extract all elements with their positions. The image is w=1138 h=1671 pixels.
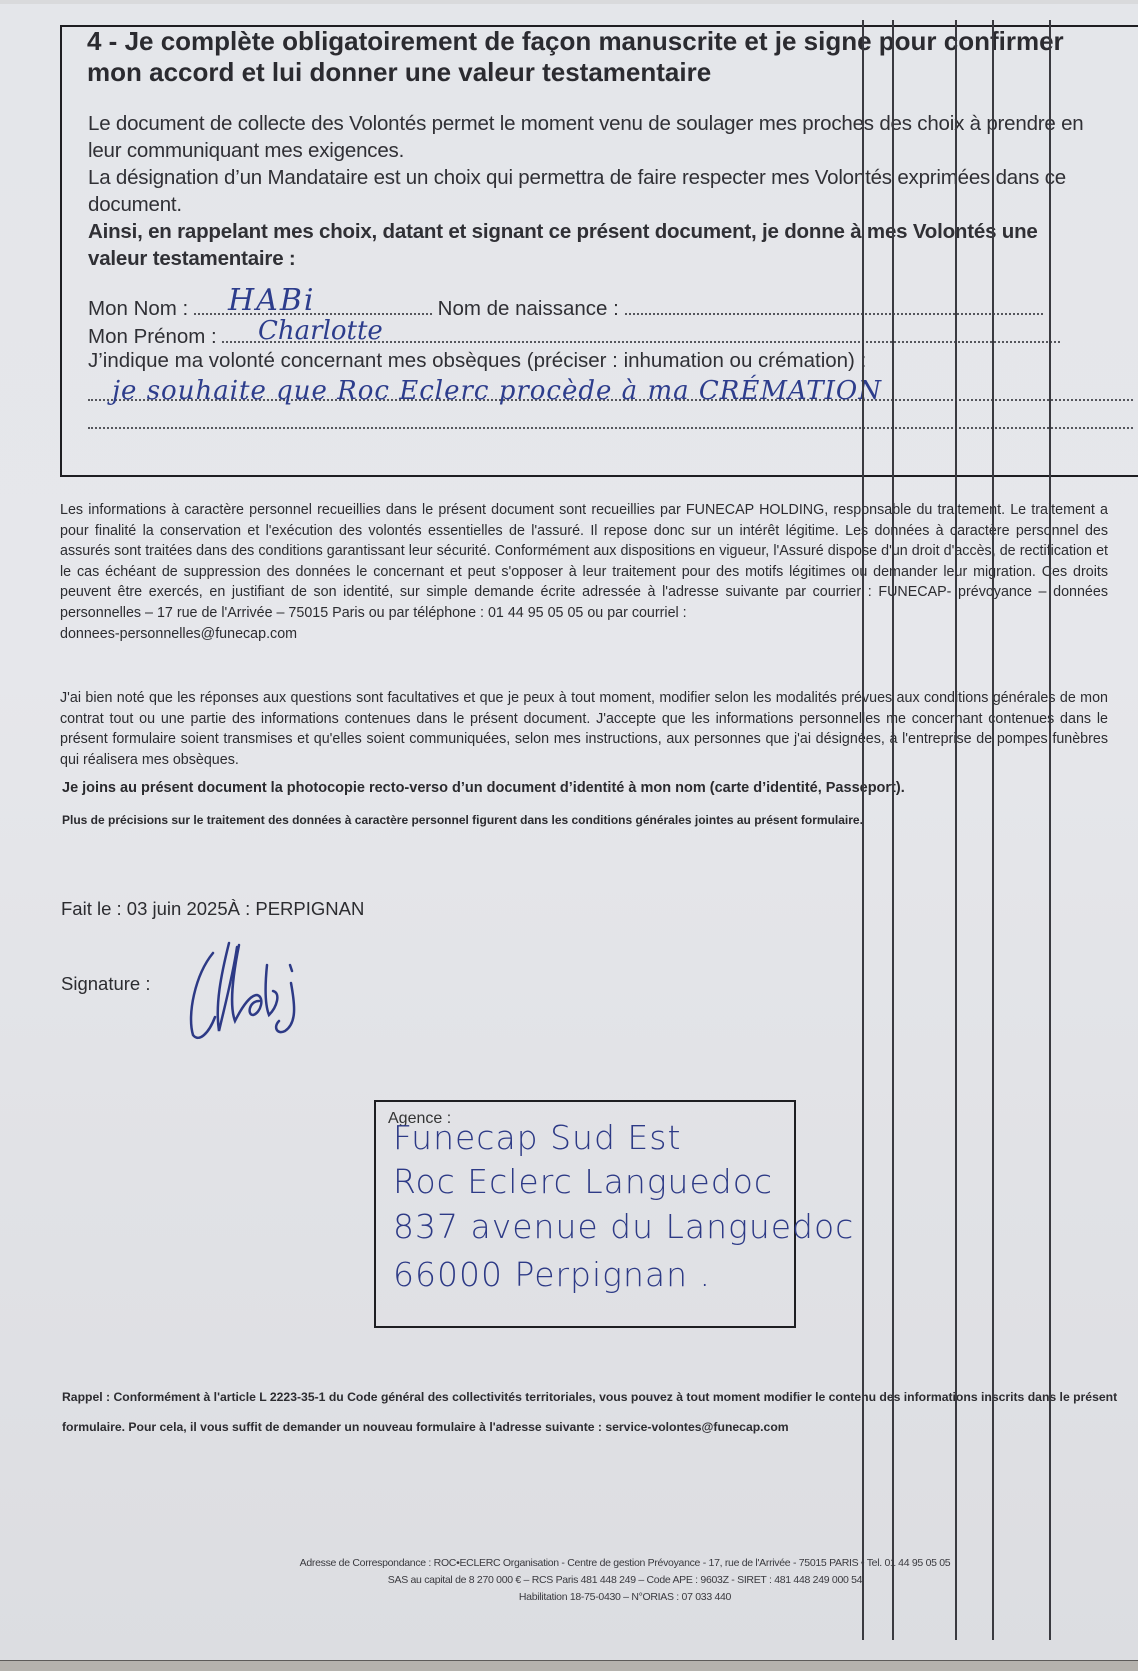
nom-label: Mon Nom : xyxy=(88,297,188,320)
agence-line-3: 837 avenue du Languedoc xyxy=(393,1207,854,1246)
prenom-label: Mon Prénom : xyxy=(88,325,217,348)
scan-artifact-line xyxy=(955,20,957,1640)
date-place: Fait le : 03 juin 2025À : PERPIGNAN xyxy=(61,898,364,920)
volonte-label: J’indique ma volonté concernant mes obsè… xyxy=(88,349,866,372)
section-4-title: 4 - Je complète obligatoirement de façon… xyxy=(87,26,1067,88)
intro-paragraph-1: Le document de collecte des Volontés per… xyxy=(88,110,1098,164)
id-notice: Je joins au présent document la photocop… xyxy=(62,780,905,796)
privacy-email-link[interactable]: donnees-personnelles@funecap.com xyxy=(60,624,1108,645)
consent-notice: J'ai bien noté que les réponses aux ques… xyxy=(60,688,1108,770)
intro-paragraph-2: La désignation d’un Mandataire est un ch… xyxy=(88,164,1098,218)
scan-artifact-line xyxy=(892,20,894,1640)
table-surface xyxy=(0,1660,1138,1671)
prenom-handwritten: Charlotte xyxy=(258,316,383,346)
volonte-field-line-2[interactable] xyxy=(88,427,1133,429)
agence-line-2: Roc Eclerc Languedoc xyxy=(393,1162,773,1201)
footer-address: Adresse de Correspondance : ROC•ECLERC O… xyxy=(230,1555,1020,1606)
rappel-line-2: formulaire. Pour cela, il vous suffit de… xyxy=(62,1420,789,1434)
handwritten-signature-icon xyxy=(185,935,325,1045)
agence-line-1: Funecap Sud Est xyxy=(393,1118,681,1157)
nom-handwritten: HABi xyxy=(228,283,315,318)
scan-artifact-line xyxy=(992,20,994,1640)
signature-label: Signature : xyxy=(61,973,150,995)
footer-line-3: Habilitation 18-75-0430 – N°ORIAS : 07 0… xyxy=(230,1589,1020,1606)
footer-line-2: SAS au capital de 8 270 000 € – RCS Pari… xyxy=(230,1572,1020,1589)
intro-bold-statement: Ainsi, en rappelant mes choix, datant et… xyxy=(88,218,1098,272)
privacy-text: Les informations à caractère personnel r… xyxy=(60,500,1108,624)
scan-artifact-line xyxy=(862,20,864,1640)
agence-line-4: 66000 Perpignan . xyxy=(393,1255,711,1294)
section-4-intro: Le document de collecte des Volontés per… xyxy=(88,110,1098,272)
rappel-line-1: Rappel : Conformément à l'article L 2223… xyxy=(62,1390,1117,1404)
prenom-row: Mon Prénom : xyxy=(88,325,1060,349)
footer-line-1: Adresse de Correspondance : ROC•ECLERC O… xyxy=(230,1555,1020,1572)
naissance-field[interactable] xyxy=(625,311,1043,315)
signature-field[interactable] xyxy=(185,935,325,1050)
naissance-label: Nom de naissance : xyxy=(438,297,619,320)
more-info-notice: Plus de précisions sur le traitement des… xyxy=(62,813,863,827)
scan-artifact-line xyxy=(1049,20,1051,1640)
volonte-row: J’indique ma volonté concernant mes obsè… xyxy=(88,349,866,373)
volonte-handwritten: je souhaite que Roc Eclerc procède à ma … xyxy=(112,376,882,406)
privacy-notice: Les informations à caractère personnel r… xyxy=(60,500,1108,644)
